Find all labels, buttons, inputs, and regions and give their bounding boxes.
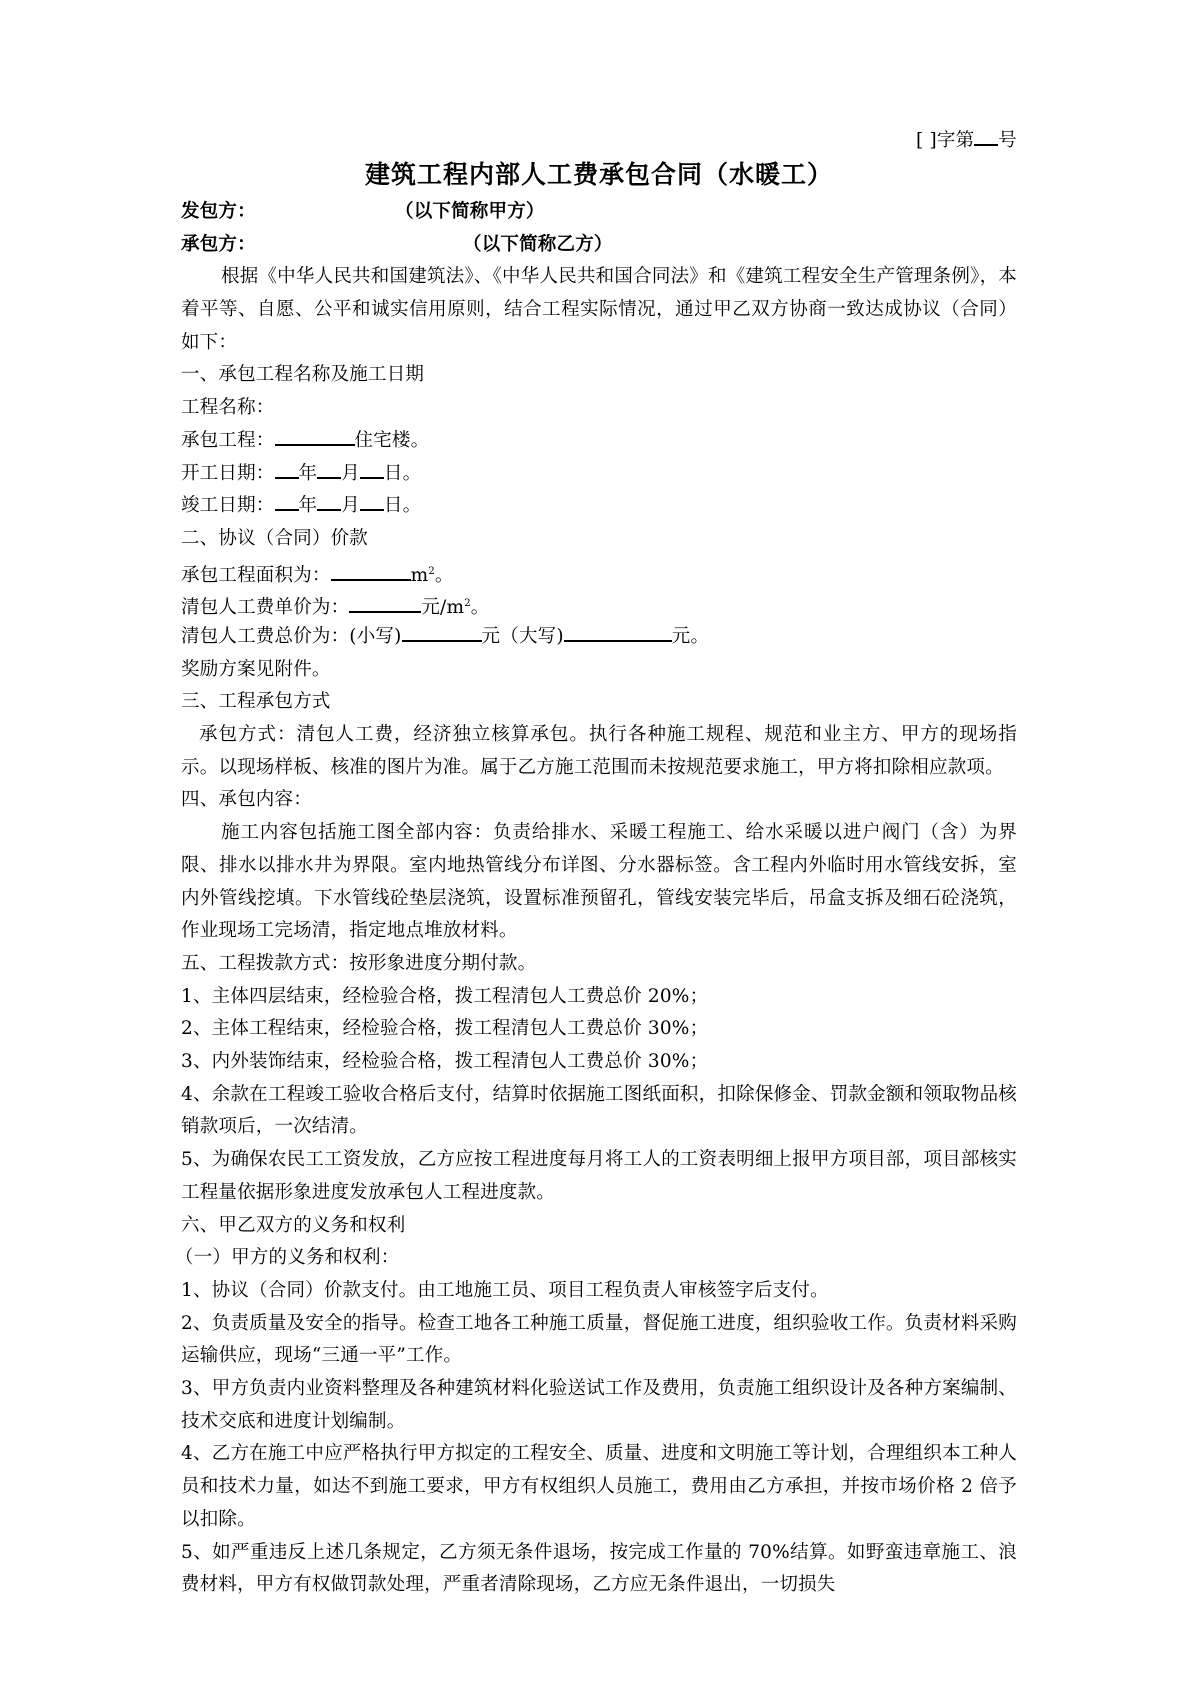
section-5-heading: 五、工程拨款方式：按形象进度分期付款。 bbox=[181, 948, 1017, 981]
total-price-line: 清包人工费总价为：(小写)元（大写)元。 bbox=[181, 621, 1017, 654]
obligation-item: 2、负责质量及安全的指导。检查工地各工种施工质量，督促施工进度，组织验收工作。负… bbox=[181, 1308, 1017, 1373]
contractor-line: 承包方： （以下简称乙方） bbox=[181, 229, 1017, 262]
obligation-item: 5、如严重违反上述几条规定，乙方须无条件退场，按完成工作量的 70%结算。如野蛮… bbox=[181, 1537, 1017, 1602]
unit-price-blank bbox=[349, 593, 421, 613]
end-year-blank bbox=[275, 491, 299, 511]
doc-number-blank bbox=[974, 126, 998, 146]
document-title: 建筑工程内部人工费承包合同（水暖工） bbox=[181, 154, 1017, 196]
section-4-body: 施工内容包括施工图全部内容：负责给排水、采暖工程施工、给水采暖以进户阀门（含）为… bbox=[181, 817, 1017, 948]
section-3-body: 承包方式：清包人工费，经济独立核算承包。执行各种施工规程、规范和业主方、甲方的现… bbox=[181, 719, 1017, 784]
payment-item: 4、余款在工程竣工验收合格后支付，结算时依据施工图纸面积，扣除保修金、罚款金额和… bbox=[181, 1079, 1017, 1144]
end-day-blank bbox=[360, 491, 384, 511]
project-line: 承包工程：住宅楼。 bbox=[181, 425, 1017, 458]
contractor-label: 承包方： bbox=[181, 229, 463, 262]
area-blank bbox=[331, 561, 411, 581]
obligation-item: 4、乙方在施工中应严格执行甲方拟定的工程安全、质量、进度和文明施工等计划，合理组… bbox=[181, 1438, 1017, 1536]
section-6-heading: 六、甲乙双方的义务和权利 bbox=[181, 1210, 1017, 1243]
payment-item: 5、为确保农民工工资发放，乙方应按工程进度每月将工人的工资表明细上报甲方项目部，… bbox=[181, 1144, 1017, 1209]
start-day-blank bbox=[360, 459, 384, 479]
project-name-line: 工程名称： bbox=[181, 392, 1017, 425]
start-date-line: 开工日期：年月日。 bbox=[181, 458, 1017, 491]
section-2-heading: 二、协议（合同）价款 bbox=[181, 523, 1017, 556]
obligation-item: 3、甲方负责内业资料整理及各种建筑材料化验送试工作及费用，负责施工组织设计及各种… bbox=[181, 1373, 1017, 1438]
obligation-item: 1、协议（合同）价款支付。由工地施工员、项目工程负责人审核签字后支付。 bbox=[181, 1275, 1017, 1308]
total-upper-blank bbox=[564, 622, 672, 642]
section-6-subheading: （一）甲方的义务和权利： bbox=[175, 1242, 1017, 1275]
payment-item: 2、主体工程结束，经检验合格，拨工程清包人工费总价 30%； bbox=[181, 1013, 1017, 1046]
end-month-blank bbox=[317, 491, 341, 511]
preamble: 根据《中华人民共和国建筑法》、《中华人民共和国合同法》和《建筑工程安全生产管理条… bbox=[181, 261, 1017, 359]
project-blank bbox=[275, 426, 355, 446]
employer-note: （以下简称甲方） bbox=[395, 196, 545, 229]
total-lower-blank bbox=[402, 622, 482, 642]
area-line: 承包工程面积为：m2。 bbox=[181, 556, 1017, 589]
end-date-line: 竣工日期：年月日。 bbox=[181, 490, 1017, 523]
payment-item: 3、内外装饰结束，经检验合格，拨工程清包人工费总价 30%； bbox=[181, 1046, 1017, 1079]
employer-label: 发包方： bbox=[181, 196, 395, 229]
contractor-note: （以下简称乙方） bbox=[463, 229, 613, 262]
unit-price-line: 清包人工费单价为：元/m2。 bbox=[181, 588, 1017, 621]
employer-line: 发包方： （以下简称甲方） bbox=[181, 196, 1017, 229]
start-year-blank bbox=[275, 459, 299, 479]
document-page: [ ]字第号 建筑工程内部人工费承包合同（水暖工） 发包方： （以下简称甲方） … bbox=[0, 0, 1190, 1683]
document-body: [ ]字第号 建筑工程内部人工费承包合同（水暖工） 发包方： （以下简称甲方） … bbox=[181, 126, 1017, 1602]
bonus-line: 奖励方案见附件。 bbox=[181, 654, 1017, 687]
payment-item: 1、主体四层结束，经检验合格，拨工程清包人工费总价 20%； bbox=[181, 981, 1017, 1014]
section-3-heading: 三、工程承包方式 bbox=[181, 686, 1017, 719]
section-1-heading: 一、承包工程名称及施工日期 bbox=[181, 359, 1017, 392]
start-month-blank bbox=[317, 459, 341, 479]
section-4-heading: 四、承包内容： bbox=[181, 784, 1017, 817]
document-number: [ ]字第号 bbox=[181, 126, 1017, 154]
